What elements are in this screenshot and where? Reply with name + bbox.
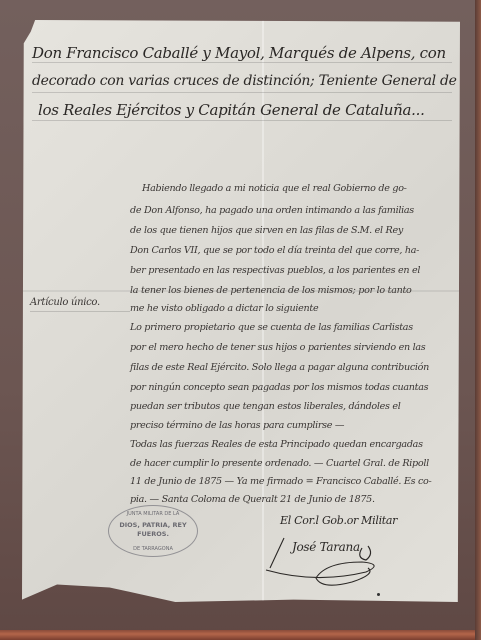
frame-wood-edge-bottom (0, 630, 481, 640)
body-line: de Don Alfonso, ha pagado una orden inti… (130, 205, 414, 216)
body-line: de los que tienen hijos que sirven en la… (130, 225, 403, 236)
body-line: puedan ser tributos que tengan estos lib… (130, 401, 401, 412)
body-line: filas de este Real Ejército. Solo llega … (130, 362, 429, 373)
body-line: Lo primero propietario que se cuenta de … (130, 322, 413, 333)
body-line: de hacer cumplir lo presente ordenado. —… (130, 458, 429, 469)
stamp-ring-bottom: DE TARRAGONA (109, 545, 197, 553)
paper-spot (377, 593, 380, 596)
body-line: pia. — Santa Coloma de Queralt 21 de Jun… (130, 494, 375, 505)
frame-wood-edge-right (475, 0, 481, 640)
body-line: me he visto obligado a dictar lo siguien… (130, 303, 318, 314)
body-line: 11 de Junio de 1875 — Ya me firmado = Fr… (130, 476, 431, 487)
ruled-line (32, 62, 452, 63)
ruled-line (32, 92, 452, 93)
body-line: por ningún concepto sean pagadas por los… (130, 382, 428, 393)
body-line: la tener los bienes de pertenencia de lo… (130, 285, 412, 296)
stamp-center-line-2: FUEROS. (109, 530, 197, 538)
signatory-title: El Cor.l Gob.or Militar (280, 514, 397, 527)
margin-note: Artículo único. (30, 297, 100, 308)
heading-line-3: los Reales Ejércitos y Capitán General d… (38, 101, 425, 119)
body-line: Don Carlos VII, que se por todo el día t… (130, 245, 419, 256)
heading-line-1: Don Francisco Caballé y Mayol, Marqués d… (32, 44, 446, 62)
stamp-center-line-1: DIOS, PATRIA, REY (109, 521, 197, 529)
body-line: por el mero hecho de tener sus hijos o p… (130, 342, 425, 353)
body-line: Habiendo llegado a mi noticia que el rea… (142, 183, 407, 194)
body-line: Todas las fuerzas Reales de esta Princip… (130, 439, 423, 450)
ruled-line (32, 120, 452, 121)
heading-line-2: decorado con varias cruces de distinción… (32, 73, 457, 89)
ruled-line (30, 311, 130, 312)
manuscript-paper: Don Francisco Caballé y Mayol, Marqués d… (22, 20, 460, 602)
stamp-ring-top: JUNTA MILITAR DE LA (109, 510, 197, 518)
oval-seal-stamp: JUNTA MILITAR DE LA DIOS, PATRIA, REY FU… (108, 505, 198, 557)
body-line: preciso término de las horas para cumpli… (130, 420, 344, 431)
body-line: ber presentado en las respectivas pueblo… (130, 265, 420, 276)
signature-flourish-icon (256, 532, 396, 592)
